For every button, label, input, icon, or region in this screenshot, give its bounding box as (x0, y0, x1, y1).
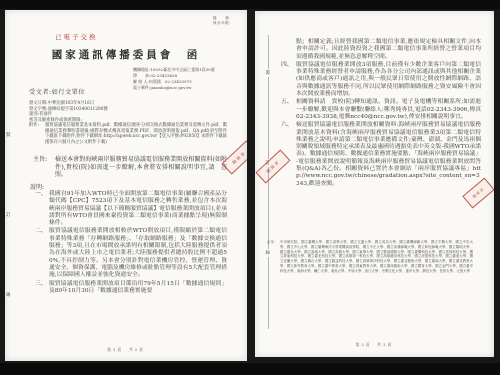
description-item-4: 四、 服貿協議電信服務業開放3項服務,目前僅有少數企業客戶向第二類電信事業特殊業… (281, 62, 481, 98)
item-number: 五、 (281, 99, 296, 121)
file-number-block: 檔 號: 保存年限: (213, 16, 231, 26)
binding-mark: 線 (266, 249, 271, 257)
document-page-2: 點」相關定義;且經營我國第二類電信事業,應依規定檢具相關文件,向本會申請許可。因… (255, 11, 494, 357)
item-number: 四、 (281, 62, 296, 98)
page-1-footer: 第1頁 共2頁 (5, 347, 247, 353)
description-item-5: 五、 相關資料請 貴校(院)轉知通訊、資訊、電子及電機等相關系所;如需進一步瞭解… (281, 99, 481, 121)
recipients-list-row: 正本: 中央研究院、國立臺灣大學、國立清華大學、國立交通大學、國立成功大學、國立… (267, 240, 473, 274)
document-page-1: 檔 號: 保存年限: 已電子交換 國家通訊傳播委員會 函 機關地址:10052臺… (5, 10, 247, 361)
item-text: 服貿協議電信服務業開放3項服務,目前僅有少數企業客戶向第二類電信事業特殊業務經營… (296, 62, 481, 98)
description-item-2: 二、 服貿協議電信服務業開放相較於WTO開放項目,僅限縮於第二類電信事業特殊業務… (35, 228, 227, 279)
binding-mark: 裝 (266, 69, 271, 77)
description-item-1: 一、 我國自91年加入WTO時已全面開放第二類電信事業(屬聯合國產品分類代碼【C… (35, 191, 227, 227)
subject-row: 主旨: 檢送本會對海峽兩岸服務貿易協議電信服務業開放相關資料(如附件),貴校(院… (33, 156, 227, 179)
viewer-bottom-bar (0, 363, 500, 375)
item-text: 檢送服貿協議電信服務業開放相關資料:海峽兩岸服務貿易協議電信服務業開放基本資料(… (296, 122, 481, 188)
page-2-body: 點」相關定義;且經營我國第二類電信事業,應依規定檢具相關文件,向本會申請許可。因… (281, 39, 481, 189)
binding-line (268, 35, 269, 329)
viewer-top-bar (0, 0, 500, 9)
description-item-6: 六、 檢送服貿協議電信服務業開放相關資料:海峽兩岸服務貿易協議電信服務業開放基本… (281, 122, 481, 188)
document-title: 國家通訊傳播委員會 函 (5, 47, 247, 62)
page-2-footer: 第2頁 共2頁 (255, 342, 494, 348)
meta-block: 發文日期:中華民國103年4月16日 發文字號:通傳綜規字第1034001128… (29, 101, 227, 145)
attachment-label: 附件: (29, 123, 45, 145)
item-text: 我國自91年加入WTO時已全面開放第二類電信事業(屬聯合國產品分類代碼【CPC】… (49, 191, 227, 227)
item-number: 一、 (35, 191, 49, 227)
continuation-paragraph: 點」相關定義;且經營我國第二類電信事業,應依規定檢具相關文件,向本會申請許可。因… (281, 39, 481, 61)
description-label: 說明: (30, 182, 44, 191)
item-text: 服貿協議電信服務業開放項目係沿用79年5月15日「數據通信規則」及80年10月3… (49, 281, 227, 296)
agency-email: 電子郵件:jasonho@ncc.gov.tw (133, 85, 215, 91)
binding-mark: 裝 (6, 132, 11, 138)
recipient-line: 受文者:如行文單位 (29, 87, 85, 96)
item-text: 服貿協議電信服務業開放相較於WTO開放項目,僅限縮於第二類電信事業特殊業務「存轉… (49, 228, 227, 279)
binding-mark: 線 (6, 292, 11, 298)
subject-text: 檢送本會對海峽兩岸服務貿易協議電信服務業開放相關資料(如附件),貴校(院)如需進… (55, 156, 227, 179)
electronic-exchange-stamp: 已電子交換 (55, 32, 98, 41)
item-number: 二、 (35, 228, 49, 279)
recipients-list: 中央研究院、國立臺灣大學、國立清華大學、國立交通大學、國立成功大學、國立臺灣師範… (280, 240, 473, 274)
attachment-list: 服貿協議電信服務業基本資料.pdf、數據通信規則-分則交換式數據通信業務及電傳文… (45, 123, 227, 145)
item-text: 相關資料請 貴校(院)轉知通訊、資訊、電子及電機等相關系所;如需進一步瞭解,歡迎… (296, 99, 481, 121)
description-items: 一、 我國自91年加入WTO時已全面開放第二類電信事業(屬聯合國產品分類代碼【C… (35, 191, 227, 296)
binding-mark: 訂 (6, 212, 11, 218)
subject-label: 主旨: (33, 156, 55, 179)
agency-contact-block: 機關地址:10052臺北市中正區仁愛路1段50號 傳 真:02-23433638… (133, 67, 215, 91)
description-item-3: 三、 服貿協議電信服務業開放項目係沿用79年5月15日「數據通信規則」及80年1… (35, 281, 227, 296)
item-number: 三、 (35, 281, 49, 296)
retention-label: 保存年限: (213, 21, 231, 26)
attachment-row: 附件: 服貿協議電信服務業基本資料.pdf、數據通信規則-分則交換式數據通信業務… (29, 123, 227, 145)
